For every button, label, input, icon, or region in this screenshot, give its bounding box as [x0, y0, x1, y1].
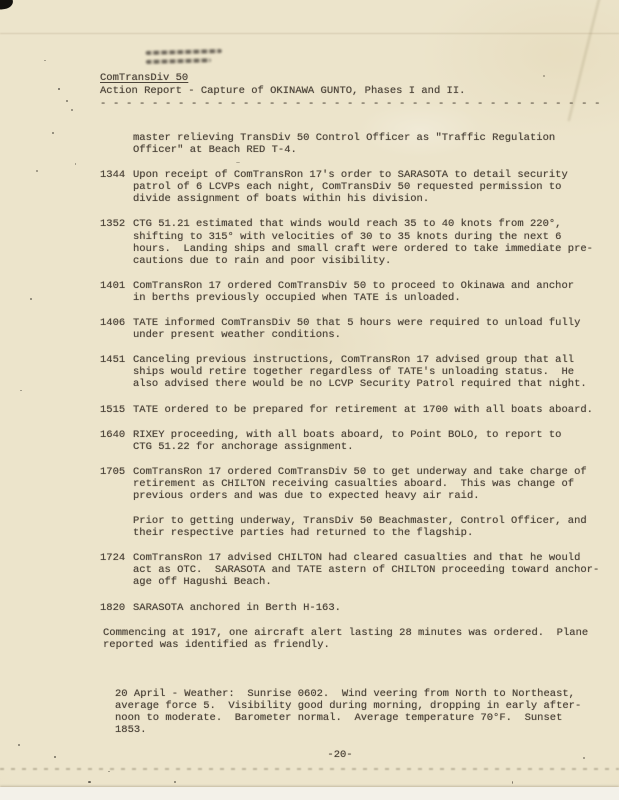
- ink-speck: [88, 781, 91, 783]
- log-entry: 1352CTG 51.21 estimated that winds would…: [100, 218, 610, 266]
- entry-text: SARASOTA anchored in Berth H-163.: [133, 602, 610, 614]
- entry-text: RIXEY proceeding, with all boats aboard,…: [133, 429, 610, 453]
- entry-time: 1705: [100, 466, 133, 502]
- entry-text: TATE ordered to be prepared for retireme…: [133, 404, 610, 416]
- scan-corner-mark: [0, 0, 14, 10]
- ink-speck: [44, 60, 46, 61]
- log-entry: 1344Upon receipt of ComTransRon 17's ord…: [100, 169, 610, 205]
- scanned-document-page: ComTransDiv 50 Action Report - Capture o…: [0, 0, 619, 800]
- ink-speck: [174, 781, 176, 783]
- ink-speck: [236, 162, 240, 163]
- log-entry: 1820SARASOTA anchored in Berth H-163.: [100, 602, 610, 614]
- dashed-divider: - - - - - - - - - - - - - - - - - - - - …: [100, 98, 605, 110]
- ink-speck: [36, 170, 38, 172]
- log-entry: 1640RIXEY proceeding, with all boats abo…: [100, 429, 610, 453]
- log-entries: master relieving TransDiv 50 Control Off…: [100, 132, 610, 614]
- entry-time: 1406: [100, 317, 133, 341]
- entry-time: 1401: [100, 280, 133, 304]
- ink-speck: [71, 109, 73, 111]
- ink-speck: [543, 75, 545, 77]
- entry-text: ComTransRon 17 advised CHILTON had clear…: [133, 552, 610, 588]
- ink-speck: [18, 744, 20, 746]
- report-header: ComTransDiv 50 Action Report - Capture o…: [100, 72, 605, 110]
- report-body: master relieving TransDiv 50 Control Off…: [100, 132, 610, 761]
- entry-text: ComTransRon 17 ordered ComTransDiv 50 to…: [133, 280, 610, 304]
- log-entry: master relieving TransDiv 50 Control Off…: [100, 132, 610, 156]
- log-entry: 1406TATE informed ComTransDiv 50 that 5 …: [100, 317, 610, 341]
- unit-name: ComTransDiv 50: [100, 72, 605, 85]
- ink-speck: [54, 756, 56, 758]
- ink-speck: [58, 88, 60, 90]
- page-number: -20-: [100, 749, 580, 761]
- paper-fold-shadow: [0, 768, 619, 770]
- entry-text: TATE informed ComTransDiv 50 that 5 hour…: [133, 317, 610, 341]
- entry-time: [100, 132, 133, 156]
- paper-crease-horizontal: [0, 33, 619, 34]
- log-entry: 1724ComTransRon 17 advised CHILTON had c…: [100, 552, 610, 588]
- entry-time: 1640: [100, 429, 133, 453]
- ink-speck: [512, 781, 513, 784]
- log-entry: 1515TATE ordered to be prepared for reti…: [100, 404, 610, 416]
- ink-speck: [30, 298, 32, 300]
- ink-speck: [75, 163, 76, 165]
- ink-speck: [52, 132, 54, 134]
- note-paragraph: Commencing at 1917, one aircraft alert l…: [103, 627, 603, 651]
- entry-time: 1515: [100, 404, 133, 416]
- log-entry: 1451Canceling previous instructions, Com…: [100, 354, 610, 390]
- entry-text: Upon receipt of ComTransRon 17's order t…: [133, 169, 610, 205]
- log-entry: 1401ComTransRon 17 ordered ComTransDiv 5…: [100, 280, 610, 304]
- ink-speck: [66, 100, 68, 102]
- entry-time: 1724: [100, 552, 133, 588]
- paper-bottom-edge: [0, 787, 619, 800]
- entry-time: 1352: [100, 218, 133, 266]
- stamp-smudge-line: [146, 49, 222, 55]
- note-paragraph: 20 April - Weather: Sunrise 0602. Wind v…: [115, 688, 605, 736]
- entry-text: CTG 51.21 estimated that winds would rea…: [133, 218, 610, 266]
- stamp-smudge-line: [146, 58, 211, 64]
- entry-time: 1820: [100, 602, 133, 614]
- entry-time: 1344: [100, 169, 133, 205]
- report-title: Action Report - Capture of OKINAWA GUNTO…: [100, 85, 605, 98]
- ink-speck: [108, 771, 110, 772]
- log-entry: Prior to getting underway, TransDiv 50 B…: [100, 515, 610, 539]
- entry-text: master relieving TransDiv 50 Control Off…: [133, 132, 610, 156]
- entry-time: 1451: [100, 354, 133, 390]
- ink-speck: [20, 390, 22, 391]
- notes-section: Commencing at 1917, one aircraft alert l…: [100, 627, 610, 737]
- ink-speck: [583, 757, 585, 759]
- entry-text: Canceling previous instructions, ComTran…: [133, 354, 610, 390]
- entry-text: Prior to getting underway, TransDiv 50 B…: [133, 515, 610, 539]
- log-entry: 1705ComTransRon 17 ordered ComTransDiv 5…: [100, 466, 610, 502]
- entry-text: ComTransRon 17 ordered ComTransDiv 50 to…: [133, 466, 610, 502]
- entry-time: [100, 515, 133, 539]
